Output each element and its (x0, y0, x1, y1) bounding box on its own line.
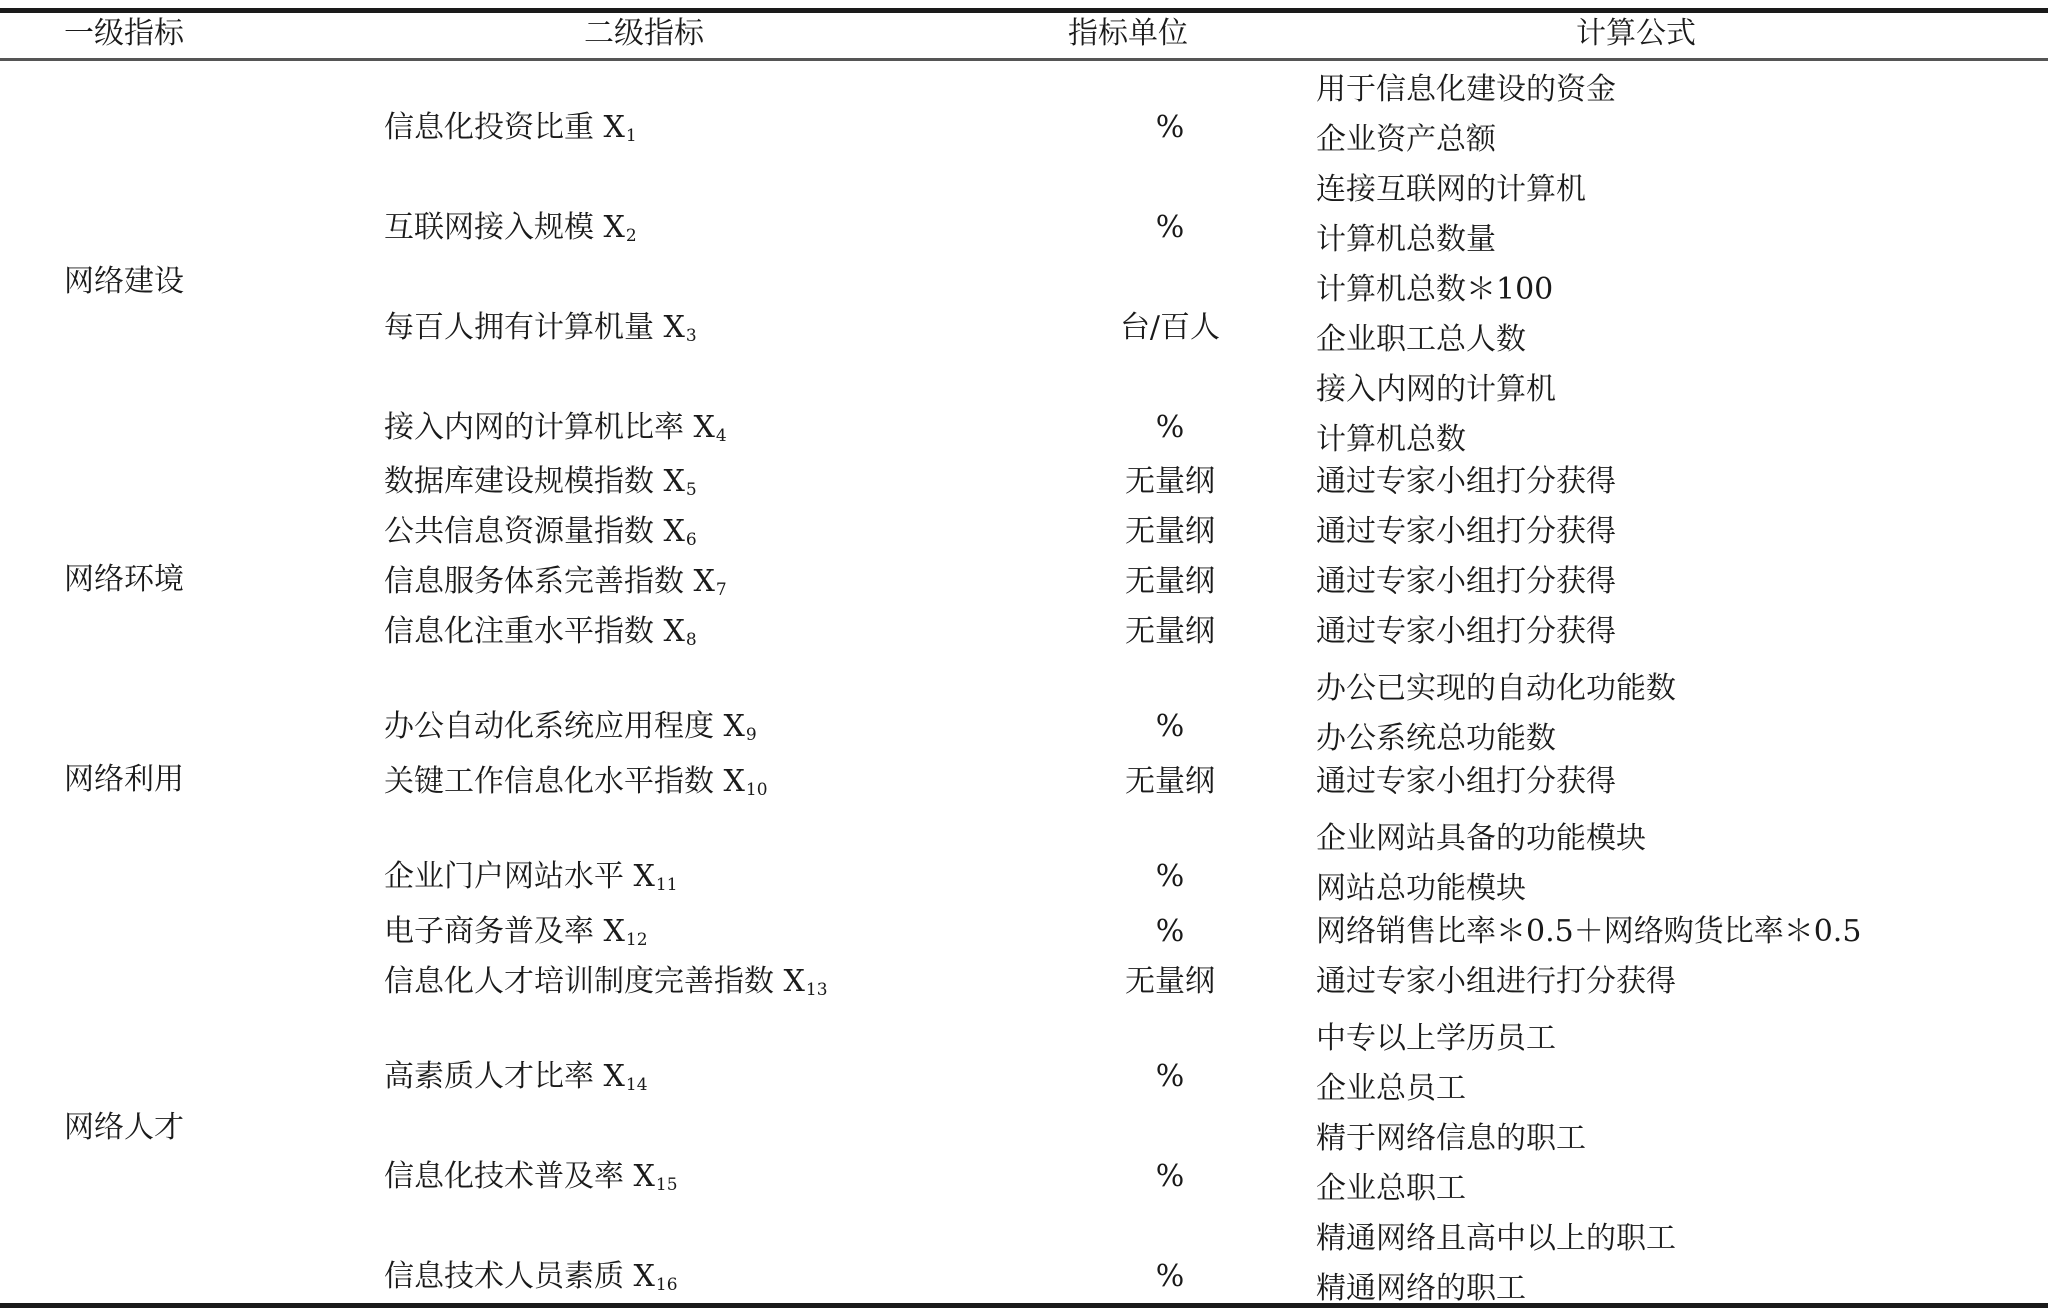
formula-numerator: 企业网站具备的功能模块 (1316, 819, 1646, 859)
formula-denominator: 企业资产总额 (1316, 120, 1496, 160)
formula-numerator: 接入内网的计算机 (1316, 370, 1556, 410)
indicator-name-text: 电子商务普及率 X (384, 914, 625, 949)
indicator-name-text: 关键工作信息化水平指数 X (384, 764, 745, 799)
formula-numerator: 计算机总数＊100 (1316, 270, 1553, 310)
table-top-rule (0, 8, 2048, 13)
indicator-unit: 台/百人 (1080, 308, 1260, 348)
indicator-unit: % (1080, 108, 1260, 148)
indicator-subscript: 5 (686, 480, 697, 500)
indicator-subscript: 4 (716, 426, 727, 446)
header-rule (0, 58, 2048, 61)
indicator-name: 信息技术人员素质 X16 (384, 1257, 678, 1297)
formula-numerator: 中专以上学历员工 (1316, 1019, 1556, 1059)
indicator-name: 电子商务普及率 X12 (384, 912, 648, 952)
indicator-name-text: 高素质人才比率 X (384, 1059, 625, 1094)
formula-denominator: 办公系统总功能数 (1316, 719, 1556, 759)
indicator-unit: 无量纲 (1080, 612, 1260, 652)
indicator-subscript: 15 (656, 1175, 678, 1195)
formula-denominator: 企业职工总人数 (1316, 320, 1526, 360)
indicator-subscript: 12 (626, 930, 648, 950)
indicator-name: 信息服务体系完善指数 X7 (384, 562, 727, 602)
formula-denominator: 企业总员工 (1316, 1069, 1466, 1109)
formula-text: 通过专家小组打分获得 (1316, 462, 1616, 502)
indicator-unit: 无量纲 (1080, 462, 1260, 502)
indicator-name-text: 信息化注重水平指数 X (384, 614, 685, 649)
group-label: 网络环境 (64, 560, 184, 600)
formula-denominator: 计算机总数 (1316, 420, 1466, 460)
indicator-subscript: 11 (656, 875, 678, 895)
indicator-name: 信息化注重水平指数 X8 (384, 612, 697, 652)
indicator-subscript: 14 (626, 1075, 648, 1095)
indicator-name: 办公自动化系统应用程度 X9 (384, 707, 757, 747)
indicator-unit: 无量纲 (1080, 512, 1260, 552)
indicator-name: 每百人拥有计算机量 X3 (384, 308, 697, 348)
formula-text: 通过专家小组打分获得 (1316, 612, 1616, 652)
formula-denominator: 计算机总数量 (1316, 220, 1496, 260)
indicator-subscript: 2 (626, 226, 637, 246)
indicator-name: 关键工作信息化水平指数 X10 (384, 762, 768, 802)
table-bottom-rule (0, 1303, 2048, 1308)
indicator-unit: % (1080, 707, 1260, 747)
indicator-unit: % (1080, 408, 1260, 448)
indicator-subscript: 8 (686, 630, 697, 650)
indicator-name: 高素质人才比率 X14 (384, 1057, 648, 1097)
indicator-subscript: 9 (746, 725, 757, 745)
formula-numerator: 办公已实现的自动化功能数 (1316, 669, 1676, 709)
indicator-name-text: 信息化投资比重 X (384, 110, 625, 145)
formula-denominator: 网站总功能模块 (1316, 869, 1526, 909)
formula-numerator: 用于信息化建设的资金 (1316, 70, 1616, 110)
indicator-subscript: 6 (686, 530, 697, 550)
indicator-name: 企业门户网站水平 X11 (384, 857, 678, 897)
indicator-name: 公共信息资源量指数 X6 (384, 512, 697, 552)
indicator-name: 接入内网的计算机比率 X4 (384, 408, 727, 448)
group-label: 网络人才 (64, 1108, 184, 1148)
indicator-name: 信息化技术普及率 X15 (384, 1157, 678, 1197)
indicator-subscript: 1 (626, 126, 637, 146)
indicator-name: 数据库建设规模指数 X5 (384, 462, 697, 502)
indicator-name-text: 数据库建设规模指数 X (384, 464, 685, 499)
indicator-subscript: 10 (746, 780, 768, 800)
indicator-name-text: 每百人拥有计算机量 X (384, 310, 685, 345)
indicator-name: 信息化投资比重 X1 (384, 108, 637, 148)
group-label: 网络利用 (64, 760, 184, 800)
indicator-unit: % (1080, 1057, 1260, 1097)
indicator-name-text: 办公自动化系统应用程度 X (384, 709, 745, 744)
header-level1: 一级指标 (64, 14, 184, 54)
formula-numerator: 精通网络且高中以上的职工 (1316, 1219, 1676, 1259)
indicator-name-text: 企业门户网站水平 X (384, 859, 655, 894)
formula-numerator: 精于网络信息的职工 (1316, 1119, 1586, 1159)
indicator-name-text: 公共信息资源量指数 X (384, 514, 685, 549)
formula-text: 通过专家小组打分获得 (1316, 512, 1616, 552)
formula-text: 网络销售比率＊0.5＋网络购货比率＊0.5 (1316, 912, 1861, 952)
indicator-unit: % (1080, 208, 1260, 248)
indicator-unit: 无量纲 (1080, 762, 1260, 802)
indicator-name-text: 信息服务体系完善指数 X (384, 564, 715, 599)
indicator-unit: 无量纲 (1080, 562, 1260, 602)
indicator-name-text: 接入内网的计算机比率 X (384, 410, 715, 445)
formula-text: 通过专家小组打分获得 (1316, 762, 1616, 802)
header-level2: 二级指标 (584, 14, 704, 54)
indicator-subscript: 7 (716, 580, 727, 600)
indicator-unit: % (1080, 1157, 1260, 1197)
formula-text: 通过专家小组打分获得 (1316, 562, 1616, 602)
indicator-subscript: 13 (806, 980, 828, 1000)
indicator-name-text: 信息化人才培训制度完善指数 X (384, 964, 805, 999)
header-formula: 计算公式 (1576, 14, 1696, 54)
header-unit: 指标单位 (1068, 14, 1188, 54)
indicator-unit: % (1080, 1257, 1260, 1297)
indicator-subscript: 16 (656, 1275, 678, 1295)
indicator-unit: % (1080, 912, 1260, 952)
formula-text: 通过专家小组进行打分获得 (1316, 962, 1676, 1002)
indicator-unit: % (1080, 857, 1260, 897)
indicator-name-text: 信息技术人员素质 X (384, 1259, 655, 1294)
indicator-name-text: 信息化技术普及率 X (384, 1159, 655, 1194)
indicator-unit: 无量纲 (1080, 962, 1260, 1002)
indicator-name: 互联网接入规模 X2 (384, 208, 637, 248)
indicator-name: 信息化人才培训制度完善指数 X13 (384, 962, 828, 1002)
formula-numerator: 连接互联网的计算机 (1316, 170, 1586, 210)
group-label: 网络建设 (64, 262, 184, 302)
indicator-name-text: 互联网接入规模 X (384, 210, 625, 245)
indicator-subscript: 3 (686, 326, 697, 346)
formula-denominator: 企业总职工 (1316, 1169, 1466, 1209)
